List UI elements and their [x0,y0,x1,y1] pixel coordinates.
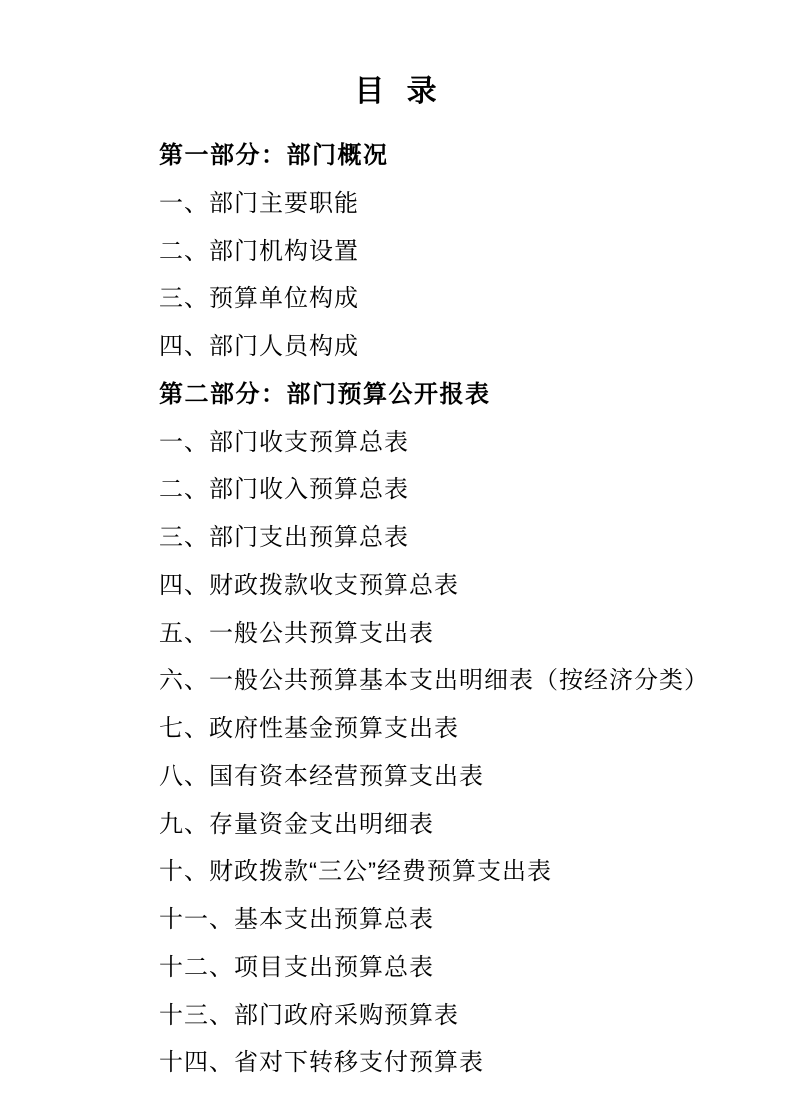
toc-section-heading: 第二部分：部门预算公开报表 [159,371,773,419]
toc-item: 六、一般公共预算基本支出明细表（按经济分类） [159,657,773,705]
toc-item: 二、部门机构设置 [159,228,773,276]
toc-item: 八、国有资本经营预算支出表 [159,753,773,801]
toc-section-heading: 第一部分：部门概况 [159,132,773,180]
toc-item: 三、预算单位构成 [159,275,773,323]
toc-item: 一、部门收支预算总表 [159,419,773,467]
toc-item: 一、部门主要职能 [159,180,773,228]
toc-item: 十、财政拨款“三公”经费预算支出表 [159,848,773,896]
document-page: 目 录 第一部分：部门概况一、部门主要职能二、部门机构设置三、预算单位构成四、部… [0,0,793,1118]
toc-list: 第一部分：部门概况一、部门主要职能二、部门机构设置三、预算单位构成四、部门人员构… [0,132,793,1087]
toc-item: 四、部门人员构成 [159,323,773,371]
toc-item: 十二、项目支出预算总表 [159,944,773,992]
toc-item: 十四、省对下转移支付预算表 [159,1039,773,1087]
toc-item: 十一、基本支出预算总表 [159,896,773,944]
toc-item: 五、一般公共预算支出表 [159,610,773,658]
toc-item: 九、存量资金支出明细表 [159,801,773,849]
page-title: 目 录 [0,74,793,110]
toc-item: 十三、部门政府采购预算表 [159,992,773,1040]
toc-item: 四、财政拨款收支预算总表 [159,562,773,610]
toc-item: 三、部门支出预算总表 [159,514,773,562]
toc-item: 二、部门收入预算总表 [159,466,773,514]
toc-item: 七、政府性基金预算支出表 [159,705,773,753]
